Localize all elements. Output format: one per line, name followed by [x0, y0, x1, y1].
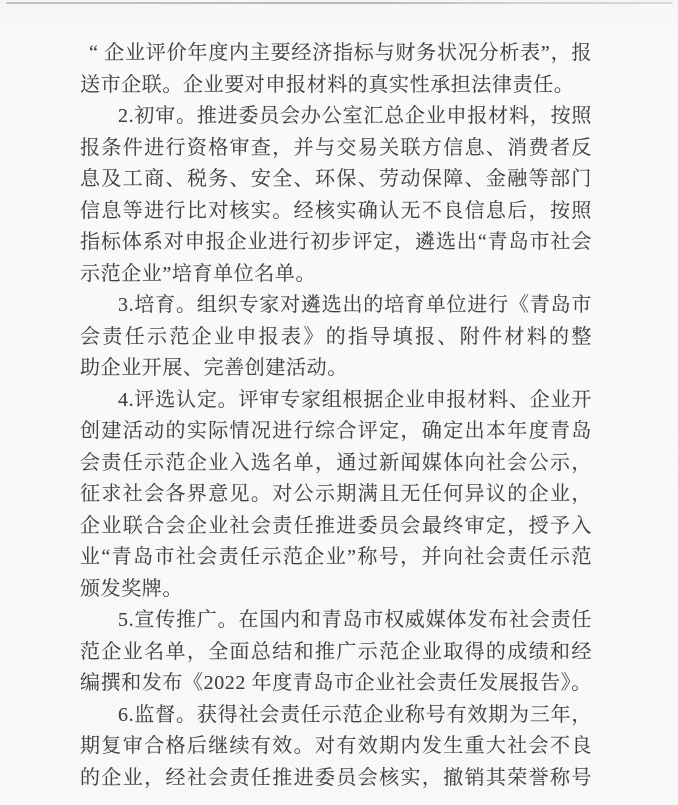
text-line: 编撰和发布《2022 年度青岛市企业社会责任发展报告》。 [80, 668, 592, 700]
text-line: “ 企业评价年度内主要经济指标与财务状况分析表”，报 [80, 38, 592, 70]
text-line: 2.初审。推进委员会办公室汇总企业申报材料，按照申 [80, 101, 592, 133]
text-line: 5.宣传推广。在国内和青岛市权威媒体发布社会责任示 [80, 605, 592, 637]
text-line: 颁发奖牌。 [80, 574, 592, 606]
text-line: 送市企联。企业要对申报材料的真实性承担法律责任。 [80, 70, 592, 102]
text-line: 示范企业”培育单位名单。 [80, 259, 592, 291]
text-line: 信息等进行比对核实。经核实确认无不良信息后，按照评价 [80, 196, 592, 228]
text-line: 期复审合格后继续有效。对有效期内发生重大社会不良影响 [80, 731, 592, 763]
text-line: 指标体系对申报企业进行初步评定，遴选出“青岛市社会责任 [80, 227, 592, 259]
text-line: 助企业开展、完善创建活动。 [80, 353, 592, 385]
text-line: 4.评选认定。评审专家组根据企业申报材料、企业开展 [80, 385, 592, 417]
text-line: 企业联合会企业社会责任推进委员会最终审定，授予入选企 [80, 511, 592, 543]
text-line: 会责任示范企业申报表》的指导填报、附件材料的整理，帮 [80, 322, 592, 354]
text-line: 3.培育。组织专家对遴选出的培育单位进行《青岛市社 [80, 290, 592, 322]
text-line: 征求社会各界意见。对公示期满且无任何异议的企业，经市 [80, 479, 592, 511]
text-line: 业“青岛市社会责任示范企业”称号，并向社会责任示范企业 [80, 542, 592, 574]
document-page: “ 企业评价年度内主要经济指标与财务状况分析表”，报 送市企联。企业要对申报材料… [0, 0, 678, 805]
text-line: 息及工商、税务、安全、环保、劳动保障、金融等部门监管 [80, 164, 592, 196]
text-line: 范企业名单，全面总结和推广示范企业取得的成绩和经验， [80, 637, 592, 669]
text-line: 的企业，经社会责任推进委员会核实，撤销其荣誉称号并向 [80, 763, 592, 795]
text-line: 6.监督。获得社会责任示范企业称号有效期为三年，到 [80, 700, 592, 732]
page-top-edge-shadow [6, 2, 673, 4]
text-line: 创建活动的实际情况进行综合评定，确定出本年度青岛市社 [80, 416, 592, 448]
document-text-block: “ 企业评价年度内主要经济指标与财务状况分析表”，报 送市企联。企业要对申报材料… [80, 38, 592, 794]
text-line: 会责任示范企业入选名单，通过新闻媒体向社会公示，广泛 [80, 448, 592, 480]
text-line: 报条件进行资格审查，并与交易关联方信息、消费者反映信 [80, 133, 592, 165]
